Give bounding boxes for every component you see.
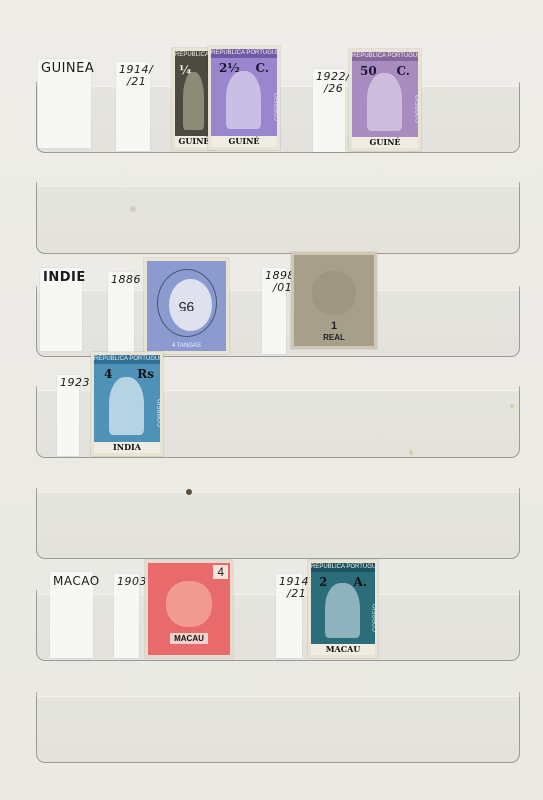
stamp-india-4-rs: REPUBLICA PORTUGUESA 4 Rs CORREIO INDIA bbox=[91, 352, 163, 456]
ceres-figure bbox=[183, 72, 204, 130]
stamp-guinea-50c: REPUBLICA PORTUGUESA 50 C. CORREIO GUINÉ bbox=[349, 49, 421, 151]
year-label-text: 1923 bbox=[60, 377, 90, 389]
stain bbox=[130, 206, 136, 212]
country-label-text: MACAO bbox=[53, 574, 100, 588]
ceres-figure bbox=[325, 583, 360, 638]
year-label-text: 1903 bbox=[117, 576, 147, 588]
country-label-text: INDIE bbox=[43, 270, 86, 285]
stamp-india-4-tangas: 95 4 TANGAS bbox=[144, 258, 229, 354]
ceres-figure bbox=[109, 377, 145, 436]
country-label-text: GUINEA bbox=[41, 61, 94, 76]
ceres-figure bbox=[226, 71, 262, 130]
year-label-text: 1914/ /21 bbox=[119, 64, 153, 88]
country-label-macao: MACAO bbox=[50, 572, 93, 658]
album-strip-2 bbox=[36, 186, 520, 254]
year-label: 1886 bbox=[108, 272, 134, 352]
country-label-indie: INDIE bbox=[40, 268, 82, 351]
country-label-guinea: GUINEA bbox=[38, 59, 91, 148]
year-label-text: 1922/ /26 bbox=[316, 71, 350, 95]
stain bbox=[186, 489, 192, 495]
king-portrait bbox=[166, 581, 212, 627]
stain bbox=[409, 450, 413, 455]
year-label: 1923 bbox=[57, 375, 79, 456]
year-label: 1914/ /21 bbox=[276, 574, 302, 658]
stamp-india-1-real: 1 REAL bbox=[291, 252, 377, 349]
stamp-guinea-2half-c: REPUBLICA PORTUGUESA 2½ C. CORREIO GUINÉ bbox=[208, 46, 280, 150]
stamp-macau-2-a: REPUBLICA PORTUGUESA 2 A. CORREIO MACAU bbox=[308, 560, 378, 658]
cancel-number: 95 bbox=[147, 295, 226, 311]
year-label: 1914/ /21 bbox=[116, 62, 150, 151]
album-strip-5 bbox=[36, 492, 520, 559]
king-portrait bbox=[312, 271, 357, 315]
album-strip-7 bbox=[36, 696, 520, 763]
stamp-album-page: GUINEA 1914/ /21 REPUBLICA PORTUGUESA ¼ … bbox=[0, 0, 543, 800]
stamp-macau-4: 4 MACAU bbox=[145, 560, 233, 658]
year-label: 1922/ /26 bbox=[313, 69, 345, 152]
ceres-figure bbox=[367, 73, 403, 131]
stain bbox=[510, 404, 514, 408]
year-label-text: 1886 bbox=[111, 274, 141, 286]
year-label: 1903 bbox=[114, 574, 139, 658]
year-label: 1898/ /01 bbox=[262, 268, 286, 354]
